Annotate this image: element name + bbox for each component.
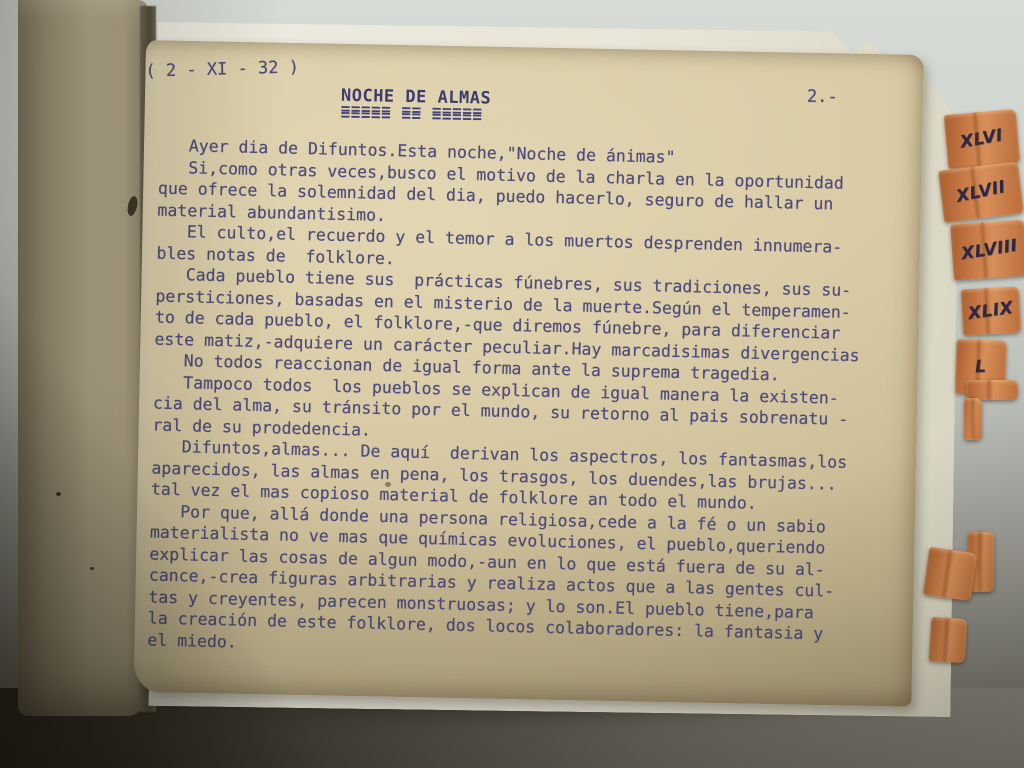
- tab-label: XLIX: [967, 298, 1015, 324]
- index-tab: XLVII: [938, 161, 1024, 222]
- curled-left-page: [18, 0, 148, 716]
- date-annotation: ( 2 - XI - 32 ): [145, 57, 299, 81]
- tab-label: XLVIII: [959, 236, 1018, 265]
- photo-scene: XLVI XLVII XLVIII XLIX L ( 2 - XI - 32 )…: [0, 0, 1024, 768]
- title-underline: ===== == =====: [341, 112, 491, 121]
- tab-label: XLVI: [959, 125, 1005, 152]
- index-tab-blank: [964, 398, 982, 440]
- tab-label: L: [975, 357, 987, 378]
- page-number: 2.-: [807, 87, 838, 108]
- paper-speck: [385, 482, 391, 487]
- paper-speck: [90, 567, 94, 570]
- index-tab-blank: [923, 547, 977, 601]
- index-tab: XLVI: [944, 109, 1020, 169]
- index-tab: XLIX: [961, 287, 1021, 336]
- manuscript-page: ( 2 - XI - 32 ) NOCHE DE ALMAS ===== == …: [133, 40, 923, 707]
- index-tab: XLVIII: [950, 219, 1024, 280]
- paper-speck: [56, 492, 61, 496]
- page-body: Ayer dia de Difuntos.Esta noche,"Noche d…: [147, 135, 917, 669]
- index-tab-blank: [966, 380, 1018, 400]
- page-title-block: NOCHE DE ALMAS ===== == ===== ===== == =…: [341, 86, 492, 121]
- index-tab-blank: [929, 617, 968, 663]
- tab-label: XLVII: [955, 177, 1008, 207]
